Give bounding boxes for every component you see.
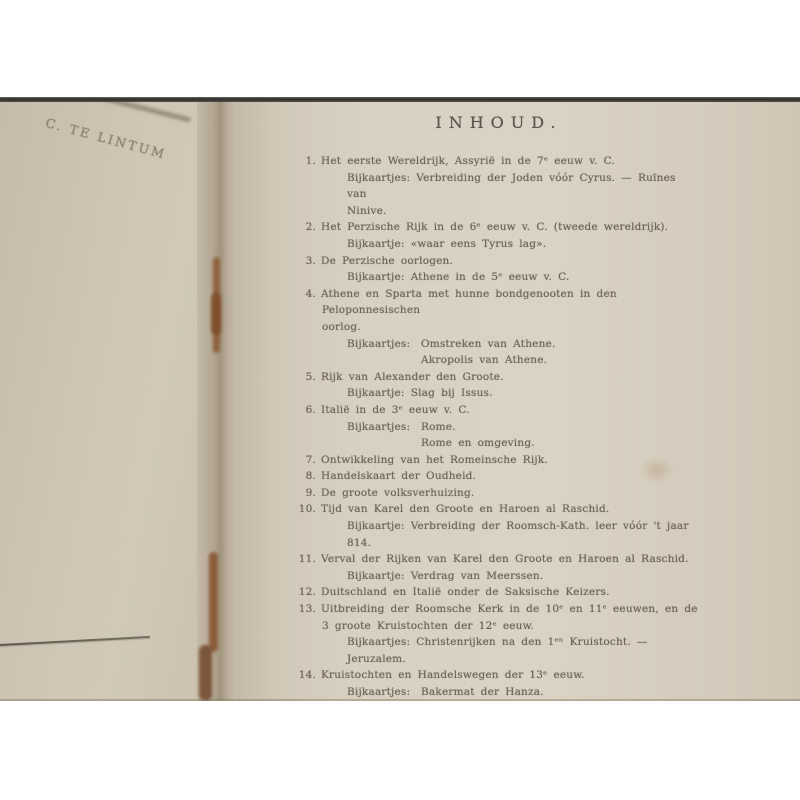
contents-page: INHOUD. 1.Het eerste Wereldrijk, Assyrië… xyxy=(297,113,701,701)
entry-number: 8. xyxy=(297,468,316,485)
book-gutter xyxy=(197,101,239,701)
entry-title: De Perzische oorlogen. xyxy=(321,255,453,267)
bijkaartje-items: Omstreken van Athene.Akropolis van Athen… xyxy=(421,336,701,369)
toc-entry: 1.Het eerste Wereldrijk, Assyrië in de 7… xyxy=(297,153,701,170)
bijkaartje-label: Bijkaartjes: xyxy=(347,419,421,452)
entry-number: 6. xyxy=(297,402,316,419)
entry-number: 7. xyxy=(297,452,316,469)
bijkaartje-line: Bijkaartje: «waar eens Tyrus lag». xyxy=(347,236,701,253)
bijkaartje-line: Bijkaartjes: Verbreiding der Joden vóór … xyxy=(347,170,701,220)
entry-title: Rijk van Alexander den Groote. xyxy=(321,371,504,383)
book-bottom-edge xyxy=(0,699,800,701)
toc-entry: 12.Duitschland en Italië onder de Saksis… xyxy=(297,584,701,601)
entry-title: Handelskaart der Oudheid. xyxy=(321,470,476,482)
entry-title: De groote volksverhuizing. xyxy=(321,487,474,499)
toc-entry: 9.De groote volksverhuizing. xyxy=(297,485,701,502)
page-edge-line xyxy=(0,636,150,646)
entry-number: 5. xyxy=(297,369,316,386)
toc-entry: 2.Het Perzische Rijk in de 6ᵉ eeuw v. C.… xyxy=(297,219,701,236)
bijkaartje-label: Bijkaartjes: xyxy=(347,336,421,369)
entry-title: Uitbreiding der Roomsche Kerk in de 10ᵉ … xyxy=(321,603,698,632)
book-photo: C. TE LINTUM INHOUD. 1.Het eerste Wereld… xyxy=(0,97,800,701)
bijkaartje-item: Akropolis van Athene. xyxy=(421,352,701,369)
bijkaartje-item: Omstreken van Athene. xyxy=(421,336,701,353)
entry-title: Het Perzische Rijk in de 6ᵉ eeuw v. C. (… xyxy=(321,221,668,233)
bijkaartje-line: Bijkaartje: Athene in de 5ᵉ eeuw v. C. xyxy=(347,269,701,286)
entry-title: Verval der Rijken van Karel den Groote e… xyxy=(321,553,689,565)
bijkaartje-row: Bijkaartjes:Omstreken van Athene.Akropol… xyxy=(347,336,701,369)
foxing-stain xyxy=(199,645,212,701)
entry-number: 12. xyxy=(297,584,316,601)
toc-entry: 13.Uitbreiding der Roomsche Kerk in de 1… xyxy=(297,601,701,634)
toc-entry: 10.Tijd van Karel den Groote en Haroen a… xyxy=(297,501,701,518)
foxing-stain xyxy=(209,552,218,652)
left-page: C. TE LINTUM xyxy=(0,101,200,701)
toc-entry: 5.Rijk van Alexander den Groote. xyxy=(297,369,701,386)
entry-number: 10. xyxy=(297,501,316,518)
entry-title: Het eerste Wereldrijk, Assyrië in de 7ᵉ … xyxy=(321,155,615,167)
entry-title: Tijd van Karel den Groote en Haroen al R… xyxy=(321,503,609,515)
entry-number: 14. xyxy=(297,667,316,684)
bijkaartje-item: Rome. xyxy=(421,419,701,436)
entry-number: 1. xyxy=(297,153,316,170)
toc-entry: 6.Italië in de 3ᵉ eeuw v. C. xyxy=(297,402,701,419)
bijkaartje-line: Bijkaartje: Slag bij Issus. xyxy=(347,385,701,402)
entry-title: Athene en Sparta met hunne bondgenooten … xyxy=(321,288,617,333)
toc-entry: 4.Athene en Sparta met hunne bondgenoote… xyxy=(297,286,701,336)
entry-number: 4. xyxy=(297,286,316,303)
entry-title: Duitschland en Italië onder de Saksische… xyxy=(321,586,610,598)
toc-entry: 3.De Perzische oorlogen. xyxy=(297,253,701,270)
page-title: INHOUD. xyxy=(297,113,701,132)
right-page: INHOUD. 1.Het eerste Wereldrijk, Assyrië… xyxy=(237,101,800,701)
bijkaartje-line: Bijkaartjes: Christenrijken na den 1ᵉⁿ K… xyxy=(347,634,701,667)
table-of-contents: 1.Het eerste Wereldrijk, Assyrië in de 7… xyxy=(297,153,701,701)
toc-entry: 11.Verval der Rijken van Karel den Groot… xyxy=(297,551,701,568)
entry-title: Kruistochten en Handelswegen der 13ᵉ eeu… xyxy=(321,669,585,681)
foxing-stain xyxy=(211,293,221,335)
bijkaartje-item: Rome en omgeving. xyxy=(421,435,701,452)
bijkaartje-items: Rome.Rome en omgeving. xyxy=(421,419,701,452)
bijkaartje-line: Bijkaartje: Verdrag van Meerssen. xyxy=(347,568,701,585)
entry-number: 9. xyxy=(297,485,316,502)
entry-number: 13. xyxy=(297,601,316,618)
bijkaartje-line: Bijkaartje: Verbreiding der Roomsch-Kath… xyxy=(347,518,701,551)
entry-number: 3. xyxy=(297,253,316,270)
entry-title: Italië in de 3ᵉ eeuw v. C. xyxy=(321,404,470,416)
book-top-edge xyxy=(0,97,800,102)
entry-number: 11. xyxy=(297,551,316,568)
entry-title: Ontwikkeling van het Romeinsche Rijk. xyxy=(321,454,548,466)
author-name: C. TE LINTUM xyxy=(44,115,168,162)
entry-number: 2. xyxy=(297,219,316,236)
bijkaartje-row: Bijkaartjes:Rome.Rome en omgeving. xyxy=(347,419,701,452)
toc-entry: 14.Kruistochten en Handelswegen der 13ᵉ … xyxy=(297,667,701,684)
foxing-stain xyxy=(640,457,674,483)
